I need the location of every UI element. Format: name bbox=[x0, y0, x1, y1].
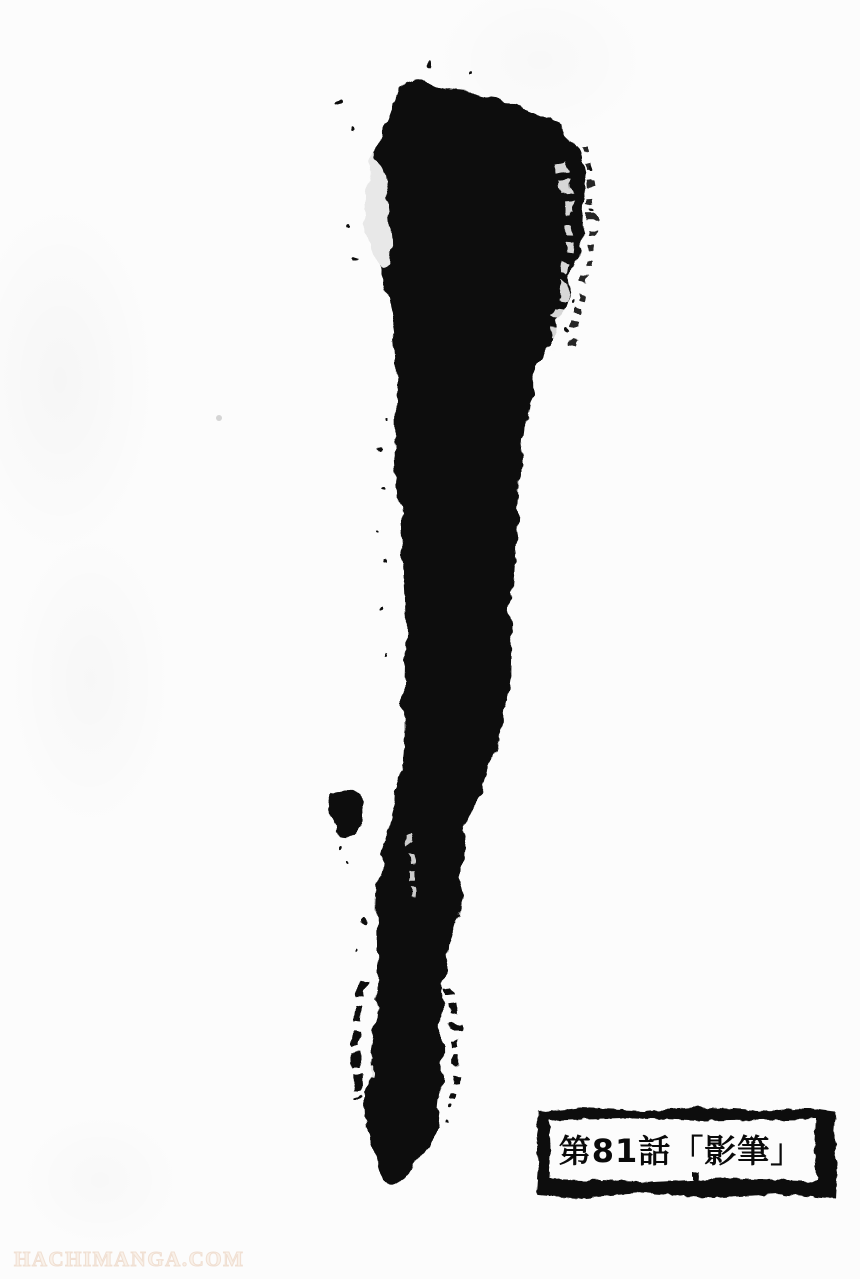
manga-page: 第81話「影筆」 HACHIMANGA.COM bbox=[0, 0, 860, 1279]
ink-streak-tail-right bbox=[449, 986, 456, 1098]
ink-streak-tail-left bbox=[356, 983, 363, 1100]
ink-stroke-main bbox=[365, 83, 586, 1188]
chapter-title-box: 第81話「影筆」 bbox=[533, 1102, 841, 1204]
paper-fleck bbox=[216, 415, 222, 421]
ink-brush-stroke bbox=[0, 0, 860, 1279]
ink-stroke-left-spur bbox=[329, 789, 365, 835]
chapter-title-text: 第81話「影筆」 bbox=[549, 1117, 813, 1180]
watermark-text: HACHIMANGA.COM bbox=[14, 1247, 244, 1272]
